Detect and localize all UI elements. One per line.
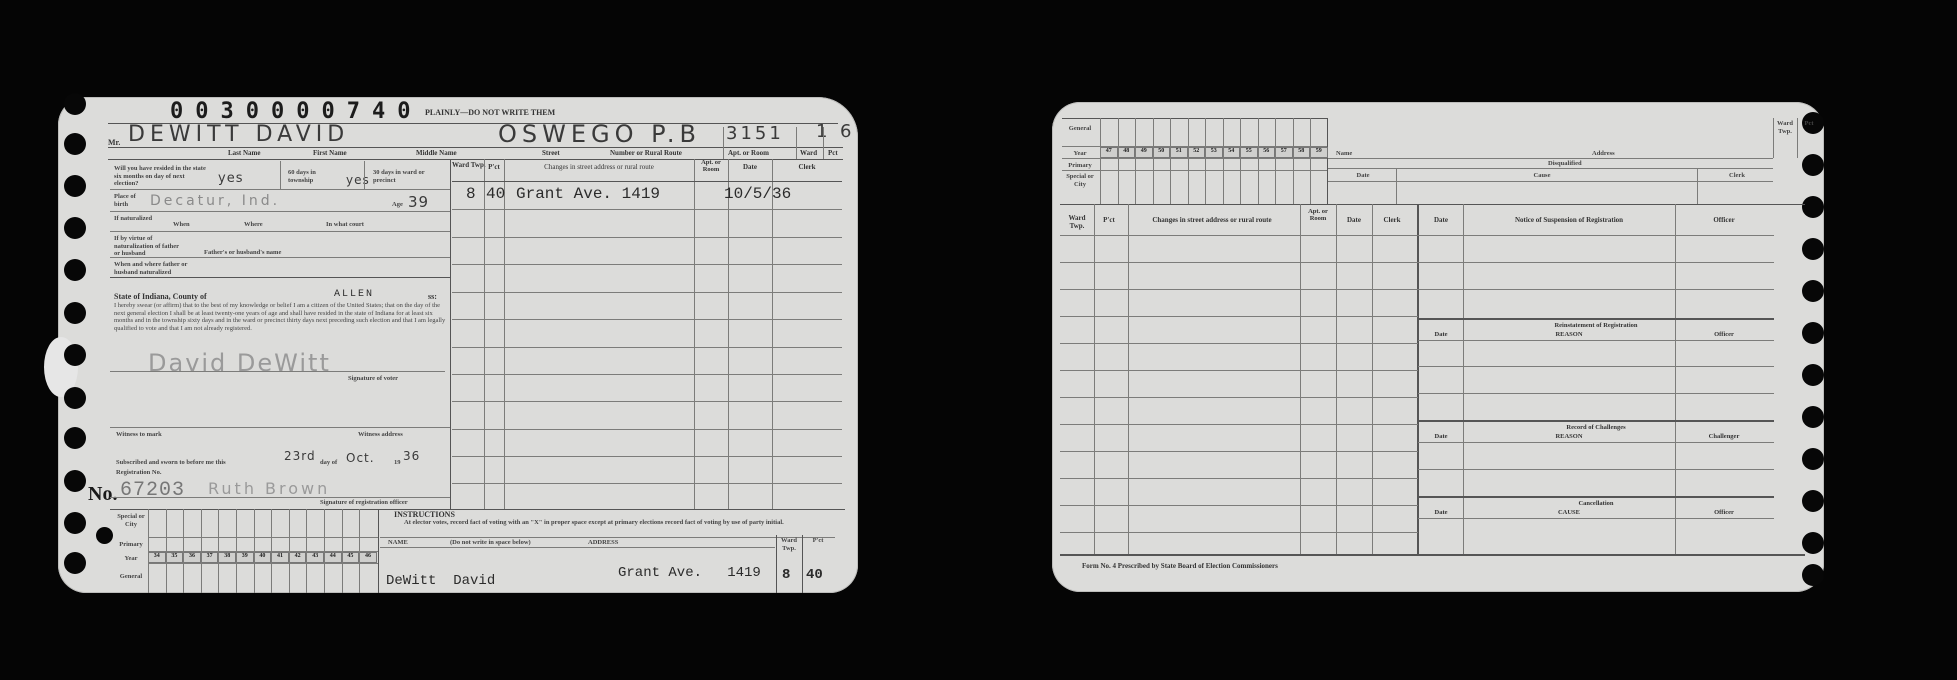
vr-primary: Primary [116, 541, 146, 549]
number-mark: No. [88, 483, 117, 505]
year-cell: 55 [1240, 147, 1258, 158]
age-value: 39 [408, 193, 429, 211]
susp-notice: Notice of Suspension of Registration [1464, 216, 1674, 224]
back-col-clerk: Clerk [1374, 216, 1410, 224]
oath-ss: ss: [428, 293, 437, 301]
naturalized-label: If naturalized [114, 215, 152, 223]
year-cell: 50 [1153, 147, 1171, 158]
voter-name-handwritten: DEWITT DAVID [128, 122, 349, 147]
vr-year: Year [116, 555, 146, 563]
chal-date: Date [1420, 433, 1462, 441]
back-col-date: Date [1338, 216, 1370, 224]
year-cell: 54 [1223, 147, 1241, 158]
chal-title: Record of Challenges [1420, 424, 1772, 432]
header-notice: PLAINLY—DO NOT WRITE THEM [425, 109, 555, 117]
label-ward: Ward [800, 149, 817, 157]
stub-pct-label: P'ct [806, 537, 830, 545]
naturalized-court: In what court [326, 221, 364, 229]
year-cell: 45 [342, 552, 360, 563]
name-prefix: Mr. [108, 139, 120, 147]
label-street: Street [542, 149, 560, 157]
year-cell: 37 [201, 552, 219, 563]
ward-residence-label: 30 days in ward or precinct [373, 169, 433, 184]
susp-officer: Officer [1676, 216, 1772, 224]
disq-clerk: Clerk [1702, 172, 1772, 180]
canc-title: Cancellation [1420, 500, 1772, 508]
punch-hole [64, 552, 86, 574]
instructions-text: At elector votes, record fact of voting … [404, 519, 834, 527]
back-col-pct: P'ct [1096, 216, 1122, 224]
stub-address: Grant Ave. 1419 [618, 565, 761, 581]
year-cell: 56 [1258, 147, 1276, 158]
reinst-reason: REASON [1464, 331, 1674, 339]
stub-name: DeWitt David [386, 573, 495, 589]
punch-hole-small [96, 527, 113, 544]
county-value: ALLEN [334, 289, 374, 300]
year-cell: 51 [1170, 147, 1188, 158]
officer-signature-label: Signature of registration officer [320, 499, 408, 507]
year-cell: 46 [359, 552, 377, 563]
canc-date: Date [1420, 509, 1462, 517]
form-footer: Form No. 4 Prescribed by State Board of … [1082, 562, 1278, 570]
voter-signature: David DeWitt [148, 349, 331, 377]
serial-number: 0030000740 [170, 99, 422, 124]
disq-date: Date [1338, 172, 1388, 180]
vr-special-back: Special or City [1062, 173, 1098, 188]
year-cell: 34 [148, 552, 166, 563]
col-date: Date [728, 163, 772, 171]
disq-cause: Cause [1392, 172, 1692, 180]
punch-hole [64, 175, 86, 197]
pct-handwritten: 6 [840, 121, 856, 142]
back-col-ward: Ward Twp. [1062, 214, 1092, 230]
punch-hole [1802, 448, 1824, 470]
punch-hole [1802, 196, 1824, 218]
punch-hole [1802, 364, 1824, 386]
naturalized-when: When [173, 221, 190, 229]
punch-hole [64, 427, 86, 449]
punch-hole [64, 344, 86, 366]
year-cell: 39 [236, 552, 254, 563]
punch-hole [1802, 406, 1824, 428]
punch-hole [64, 133, 86, 155]
punch-hole [1802, 238, 1824, 260]
birth-value: Decatur, Ind. [150, 193, 280, 209]
township-answer: yes [346, 173, 370, 187]
year-cell: 40 [254, 552, 272, 563]
label-last-name: Last Name [228, 149, 260, 157]
instructions-title: INSTRUCTIONS [394, 511, 455, 519]
label-middle-name: Middle Name [416, 149, 457, 157]
punch-hole [64, 217, 86, 239]
year-cell: 58 [1293, 147, 1311, 158]
label-first-name: First Name [313, 149, 347, 157]
oath-text: I hereby swear (or affirm) that to the b… [114, 302, 449, 332]
punch-hole [1802, 322, 1824, 344]
punch-hole [1802, 280, 1824, 302]
stub-ward: 8 [782, 567, 790, 583]
year-cell: 42 [289, 552, 307, 563]
disq-title: Disqualified [1548, 160, 1582, 168]
back-col-apt: Apt. or Room [1302, 208, 1334, 222]
label-pct: Pct [828, 149, 838, 157]
registration-label: Registration No. [116, 469, 162, 477]
birth-label: Place of birth [114, 193, 144, 208]
year-cell: 53 [1205, 147, 1223, 158]
witness-label: Witness to mark [116, 431, 162, 439]
punch-hole [64, 259, 86, 281]
year-cell: 47 [1100, 147, 1118, 158]
vr-special: Special or City [116, 513, 146, 528]
col-ward-twp: Ward Twp. [452, 159, 484, 183]
street-handwritten: OSWEGO P.B [498, 120, 701, 148]
year-prefix: 19 [394, 459, 401, 467]
chal-reason: REASON [1464, 433, 1674, 441]
canc-cause: CAUSE [1464, 509, 1674, 517]
year-cell: 41 [271, 552, 289, 563]
punch-hole [1802, 154, 1824, 176]
reinst-officer: Officer [1676, 331, 1772, 339]
age-label: Age [392, 201, 403, 209]
sworn-day: 23rd [284, 449, 316, 463]
stub-address-label: ADDRESS [588, 539, 618, 547]
col-pct: P'ct [484, 163, 504, 171]
punch-hole [1802, 490, 1824, 512]
sworn-year: 36 [403, 449, 420, 463]
registration-card-back: General Year Primary Special or City Nam… [1052, 102, 1824, 592]
year-cell: 57 [1275, 147, 1293, 158]
registration-number: 67203 [120, 479, 185, 502]
disq-ward: Ward Twp. [1774, 120, 1796, 135]
reinst-title: Reinstatement of Registration [1420, 322, 1772, 330]
day-of-label: day of [320, 459, 337, 467]
officer-signature: Ruth Brown [208, 479, 330, 498]
disq-name-label: Name [1336, 150, 1352, 158]
residence-answer: yes [218, 171, 243, 186]
year-cell: 35 [166, 552, 184, 563]
apt-handwritten: 3151 [726, 123, 784, 144]
chal-challenger: Challenger [1676, 433, 1772, 441]
father-where-label: When and where father or husband natural… [114, 261, 194, 276]
year-cell: 49 [1135, 147, 1153, 158]
vr-general: General [116, 573, 146, 581]
year-cell: 44 [324, 552, 342, 563]
punch-hole [64, 93, 86, 115]
stub-ward-label: Ward Twp. [778, 537, 800, 552]
vr-year-back: Year [1062, 150, 1098, 158]
year-cell: 52 [1188, 147, 1206, 158]
stub-pct: 40 [806, 567, 823, 583]
township-label: 60 days in township [288, 169, 338, 184]
punch-hole [1802, 532, 1824, 554]
father-name-label: Father's or husband's name [204, 249, 281, 257]
col-changes: Changes in street address or rural route [504, 163, 694, 171]
disq-pct: Pct [1798, 120, 1820, 128]
vr-primary-back: Primary [1062, 162, 1098, 170]
cell-date: 10/5/36 [724, 185, 791, 203]
year-cell: 48 [1118, 147, 1136, 158]
punch-hole [64, 512, 86, 534]
year-cell: 43 [306, 552, 324, 563]
oath-heading: State of Indiana, County of [114, 293, 207, 301]
col-clerk: Clerk [772, 163, 842, 171]
stub-name-label: NAME [388, 539, 408, 547]
susp-date: Date [1420, 216, 1462, 224]
col-apt: Apt. or Room [694, 159, 728, 173]
registration-card-front: 0030000740 PLAINLY—DO NOT WRITE THEM Mr.… [58, 97, 858, 593]
year-cell: 36 [183, 552, 201, 563]
father-label: If by virtue of naturalization of father… [114, 235, 182, 258]
voter-signature-label: Signature of voter [348, 375, 398, 383]
cell-pct: 40 [486, 185, 505, 203]
punch-hole [64, 387, 86, 409]
sworn-month: Oct. [346, 451, 375, 465]
canc-officer: Officer [1676, 509, 1772, 517]
punch-hole [64, 470, 86, 492]
cell-address: Grant Ave. 1419 [516, 185, 660, 203]
punch-hole [64, 302, 86, 324]
year-cell: 59 [1310, 147, 1328, 158]
naturalized-where: Where [244, 221, 263, 229]
disq-address-label: Address [1592, 150, 1615, 158]
label-number: Number or Rural Route [610, 149, 682, 157]
sworn-text: Subscribed and sworn to before me this [116, 459, 226, 467]
reinst-date: Date [1420, 331, 1462, 339]
punch-hole [1802, 564, 1824, 586]
cell-ward: 8 [466, 185, 476, 203]
label-apt: Apt. or Room [728, 149, 769, 157]
residence-question: Will you have resided in the state six m… [114, 165, 209, 188]
back-col-changes: Changes in street address or rural route [1126, 216, 1298, 224]
stub-do-not-write: (Do not write in space below) [450, 539, 531, 547]
ward-handwritten: 1 [816, 121, 832, 142]
year-cell: 38 [218, 552, 236, 563]
witness-address-label: Witness address [358, 431, 403, 439]
vr-general-back: General [1062, 125, 1098, 133]
